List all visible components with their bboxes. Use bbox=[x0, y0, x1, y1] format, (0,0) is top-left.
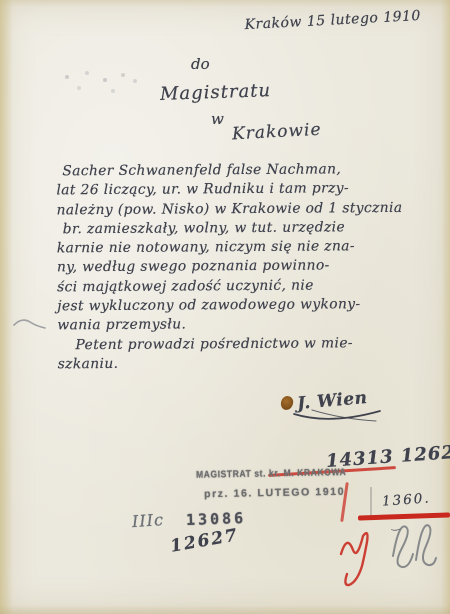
body-line: ści majątkowej zadość uczynić, nie bbox=[57, 276, 435, 298]
letter-body: Sacher Schwanenfeld false Nachman, lat 2… bbox=[54, 161, 435, 376]
signature-flourish bbox=[292, 407, 384, 429]
body-line: br. zamieszkały, wolny, w tut. urzędzie bbox=[63, 219, 435, 241]
paper-edge-top bbox=[0, 0, 450, 7]
faint-stamp-specks bbox=[60, 70, 62, 72]
handwritten-number: 12627 bbox=[169, 525, 241, 557]
paper-edge-bottom bbox=[0, 605, 450, 614]
body-line: szkaniu. bbox=[58, 354, 436, 376]
magistrat-stamp-line1: MAGISTRAT st. kr. M. KRAKOWA bbox=[196, 466, 346, 480]
body-line: należny (pow. Nisko) w Krakowie od 1 sty… bbox=[57, 199, 435, 221]
dateline: Kraków 15 lutego 1910 bbox=[225, 8, 422, 34]
body-line: jest wykluczony od zawodowego wykony- bbox=[57, 296, 435, 318]
scanned-letter-page: Kraków 15 lutego 1910 do Magistratu w Kr… bbox=[0, 0, 450, 614]
address-line-do: do bbox=[191, 55, 210, 73]
magistrat-stamp-line2: prz. 16. LUTEGO 1910 bbox=[204, 486, 345, 500]
body-line: Petent prowadzi pośrednictwo w mie- bbox=[75, 334, 435, 356]
address-line-krakowie: Krakowie bbox=[232, 120, 322, 145]
ref-mark: IIIc bbox=[131, 510, 164, 531]
side-number: 1360. bbox=[382, 490, 432, 509]
body-line: ny, według swego poznania powinno- bbox=[57, 257, 435, 279]
body-line: wania przemysłu. bbox=[57, 315, 435, 337]
stamp-bracket-line bbox=[370, 487, 372, 517]
stamped-number: 13086 bbox=[186, 509, 247, 529]
margin-pencil-mark bbox=[13, 316, 47, 330]
pencil-initials-mark bbox=[386, 514, 440, 578]
red-initials-mark bbox=[336, 524, 376, 590]
paper-edge-left bbox=[0, 0, 13, 614]
paper-edge-right bbox=[441, 0, 450, 614]
body-line: Sacher Schwanenfeld false Nachman, bbox=[62, 161, 434, 183]
address-line-magistrat: Magistratu bbox=[160, 80, 272, 105]
body-line: lat 26 liczący, ur. w Rudniku i tam przy… bbox=[56, 180, 434, 202]
body-line: karnie nie notowany, niczym się nie zna- bbox=[57, 238, 435, 260]
address-line-w: w bbox=[211, 110, 224, 128]
